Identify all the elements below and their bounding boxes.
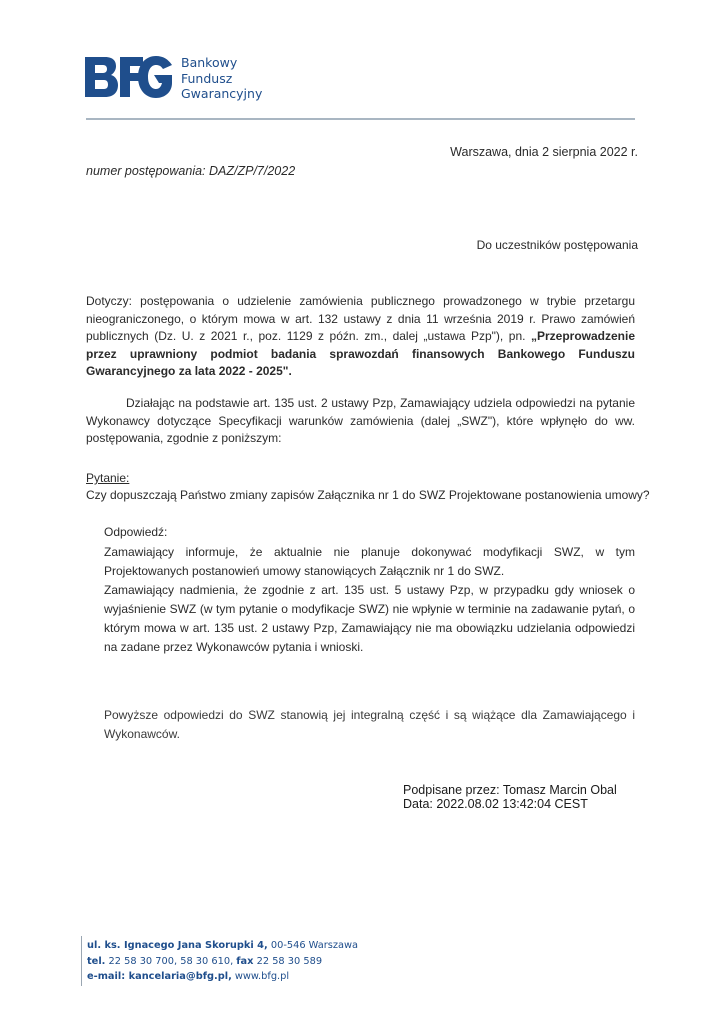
fax-label: fax	[236, 956, 253, 967]
subject-paragraph: Dotyczy: postępowania o udzielenie zamów…	[86, 293, 635, 381]
bfg-logo-text: Bankowy Fundusz Gwarancyjny	[181, 55, 262, 102]
logo-line-3: Gwarancyjny	[181, 86, 262, 102]
logo-line-2: Fundusz	[181, 71, 262, 87]
address-city: 00-546 Warszawa	[268, 940, 358, 951]
address-street: ul. ks. Ignacego Jana Skorupki 4,	[87, 940, 268, 951]
closing-statement: Powyższe odpowiedzi do SWZ stanowią jej …	[104, 706, 635, 744]
footer-email: e-mail: kancelaria@bfg.pl, www.bfg.pl	[87, 969, 358, 985]
question-text: Czy dopuszczają Państwo zmiany zapisów Z…	[86, 488, 650, 502]
header-divider	[86, 118, 635, 120]
bfg-logo	[85, 56, 173, 98]
email-link[interactable]: e-mail: kancelaria@bfg.pl,	[87, 971, 232, 982]
footer-phone: tel. 22 58 30 700, 58 30 610, fax 22 58 …	[87, 954, 358, 970]
recipients-line: Do uczestników postępowania	[477, 238, 638, 252]
bfg-logo-mark-icon	[85, 56, 173, 98]
answer-paragraph-2: Zamawiający nadmienia, że zgodnie z art.…	[104, 581, 635, 657]
letter-date: Warszawa, dnia 2 sierpnia 2022 r.	[450, 145, 638, 159]
logo-line-1: Bankowy	[181, 55, 262, 71]
website-link[interactable]: www.bfg.pl	[232, 971, 289, 982]
tel-numbers: 22 58 30 700, 58 30 610,	[105, 956, 236, 967]
digital-signature: Podpisane przez: Tomasz Marcin Obal Data…	[403, 783, 617, 811]
intro-paragraph: Działając na podstawie art. 135 ust. 2 u…	[86, 395, 635, 448]
case-number: numer postępowania: DAZ/ZP/7/2022	[86, 164, 295, 178]
footer-divider	[81, 936, 82, 986]
footer-contact: ul. ks. Ignacego Jana Skorupki 4, 00-546…	[87, 938, 358, 985]
question-label: Pytanie:	[86, 471, 129, 485]
answer-label: Odpowiedź:	[104, 525, 167, 539]
signature-date: Data: 2022.08.02 13:42:04 CEST	[403, 797, 617, 811]
tel-label: tel.	[87, 956, 105, 967]
fax-number: 22 58 30 589	[254, 956, 323, 967]
signed-by: Podpisane przez: Tomasz Marcin Obal	[403, 783, 617, 797]
answer-paragraph-1: Zamawiający informuje, że aktualnie nie …	[104, 543, 635, 581]
footer-address: ul. ks. Ignacego Jana Skorupki 4, 00-546…	[87, 938, 358, 954]
